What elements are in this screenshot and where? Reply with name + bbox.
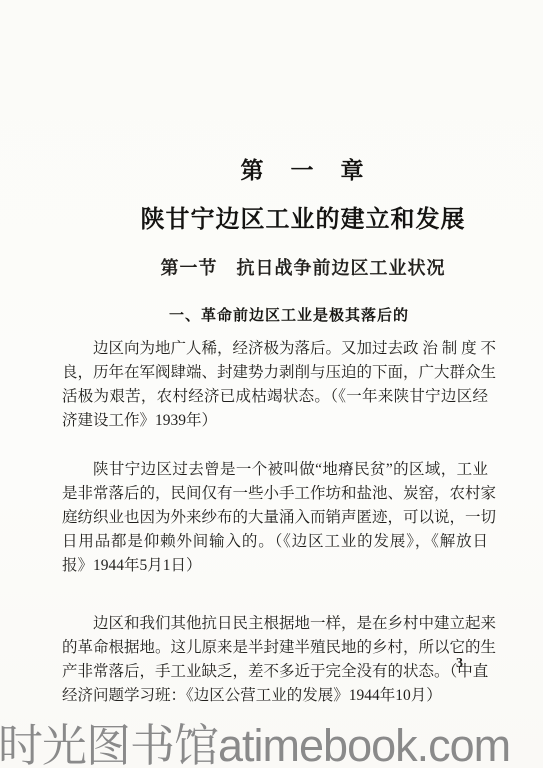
paragraph-line: 报》1944年5月1日） [62,554,488,578]
book-page: 第 一 章 陕甘宁边区工业的建立和发展 第一节 抗日战争前边区工业状况 一、革命… [0,0,543,768]
paragraph-line: 经济问题学习班：《边区公营工业的发展》1944年10月） [62,684,488,708]
paragraph-line: 是非常落后的，民间仅有一些小手工作坊和盐池、炭窑，农村家 [62,482,488,506]
paragraph-1: 边区向为地广人稀，经济极为落后。又加过去政 治 制 度 不 良，历年在军阀肆端、… [62,337,488,433]
paragraph-line: 活极为艰苦，农村经济已成枯竭状态。（《一年来陕甘宁边区经 [62,385,488,409]
page-content: 第 一 章 陕甘宁边区工业的建立和发展 第一节 抗日战争前边区工业状况 一、革命… [62,0,488,708]
page-title: 陕甘宁边区工业的建立和发展 [90,199,516,234]
page-number: 3 [456,656,463,672]
body-text: 边区向为地广人稀，经济极为落后。又加过去政 治 制 度 不 良，历年在军阀肆端、… [62,337,488,708]
subheading: 一、革命前边区工业是极其落后的 [76,304,502,325]
paragraph-line: 陕甘宁边区过去曾是一个被叫做“地瘠民贫”的区域，工业 [62,458,488,482]
paragraph-line: 良，历年在军阀肆端、封建势力剥削与压迫的下面，广大群众生 [62,361,488,385]
paragraph-line: 边区和我们其他抗日民主根据地一样，是在乡村中建立起来 [62,612,488,636]
paragraph-line: 日用品都是仰赖外间输入的。（《边区工业的发展》，《解放日 [62,530,488,554]
heading-block: 第 一 章 陕甘宁边区工业的建立和发展 第一节 抗日战争前边区工业状况 [90,152,516,280]
paragraph-line: 边区向为地广人稀，经济极为落后。又加过去政 治 制 度 不 [62,337,488,361]
paragraph-line: 庭纺织业也因为外来纱布的大量涌入而销声匿迹，可以说，一切 [62,506,488,530]
watermark-text: 时光图书馆atimebook.com [0,709,543,768]
paragraph-2: 陕甘宁边区过去曾是一个被叫做“地瘠民贫”的区域，工业 是非常落后的，民间仅有一些… [62,458,488,578]
section-heading: 第一节 抗日战争前边区工业状况 [90,254,516,280]
paragraph-line: 产非常落后，手工业缺乏，差不多近于完全没有的状态。（中直 [62,660,488,684]
paragraph-3: 边区和我们其他抗日民主根据地一样，是在乡村中建立起来 的革命根据地。这儿原来是半… [62,612,488,708]
paragraph-line: 济建设工作》1939年） [62,409,488,433]
paragraph-line: 的革命根据地。这儿原来是半封建半殖民地的乡村，所以它的生 [62,636,488,660]
chapter-title: 第 一 章 [90,152,516,185]
